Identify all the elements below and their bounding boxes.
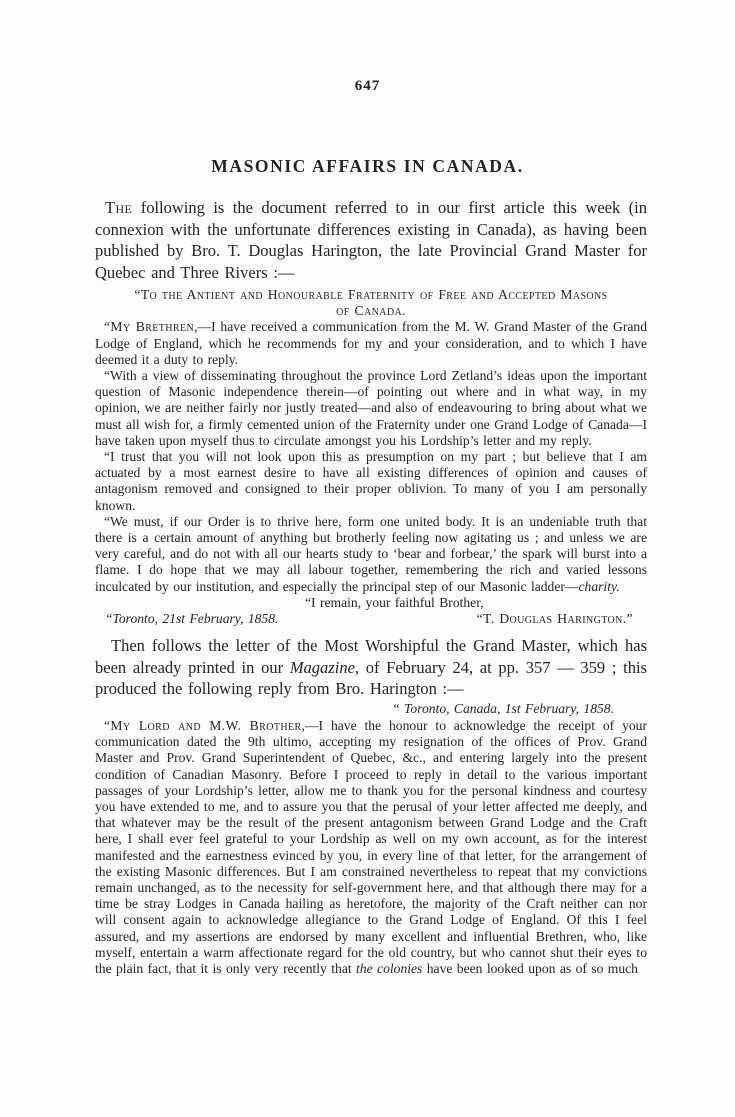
letter2-p1-text-a: ,—I have the honour to acknowledge the r… xyxy=(95,718,647,976)
article-title: MASONIC AFFAIRS IN CANADA. xyxy=(0,156,735,177)
intro-text: following is the document referred to in… xyxy=(95,198,647,282)
letter1-paragraph-4: “We must, if our Order is to thrive here… xyxy=(95,514,647,595)
interlude-magazine-title: Magazine, xyxy=(290,658,359,677)
intro-paragraph: The following is the document referred t… xyxy=(95,197,647,283)
letter1-p4-emphasis: charity. xyxy=(579,579,620,594)
letter1-paragraph-3: “I trust that you will not look upon thi… xyxy=(95,449,647,514)
letter-harington-reply: “ Toronto, Canada, 1st February, 1858. “… xyxy=(95,701,647,977)
letter1-dateline: “Toronto, 21st February, 1858. xyxy=(95,611,278,627)
letter1-paragraph-2: “With a view of disseminating throughout… xyxy=(95,368,647,449)
intro-leadword: The xyxy=(105,198,132,217)
letter1-paragraph-1: “My Brethren,—I have received a communic… xyxy=(95,319,647,368)
letter1-salutation-line2: of Canada. xyxy=(95,303,647,319)
letter1-valediction: “I remain, your faithful Brother, xyxy=(305,595,647,611)
letter2-paragraph-1: “My Lord and M.W. Brother,—I have the ho… xyxy=(95,718,647,977)
page-content: The following is the document referred t… xyxy=(95,197,647,977)
letter-harington-circular: “To the Antient and Honourable Fraternit… xyxy=(95,287,647,627)
interlude-paragraph: Then follows the letter of the Most Wors… xyxy=(95,635,647,700)
letter1-p1-lead: “My Brethren xyxy=(104,319,194,334)
letter1-salutation-line1: “To the Antient and Honourable Fraternit… xyxy=(95,287,647,303)
letter2-p1-emphasis: the colonies xyxy=(356,961,422,976)
scanned-document-page: 647 MASONIC AFFAIRS IN CANADA. The follo… xyxy=(0,0,735,1117)
letter2-dateline: “ Toronto, Canada, 1st February, 1858. xyxy=(95,701,647,717)
letter1-signature: “T. Douglas Harington.” xyxy=(477,611,633,627)
page-number: 647 xyxy=(0,78,735,95)
letter1-p4-text: “We must, if our Order is to thrive here… xyxy=(95,514,647,594)
letter2-p1-lead: “My Lord and M.W. Brother xyxy=(104,718,302,733)
letter1-signature-row: “Toronto, 21st February, 1858. “T. Dougl… xyxy=(95,611,647,627)
letter2-p1-text-b: have been looked upon as of so much xyxy=(422,961,638,976)
